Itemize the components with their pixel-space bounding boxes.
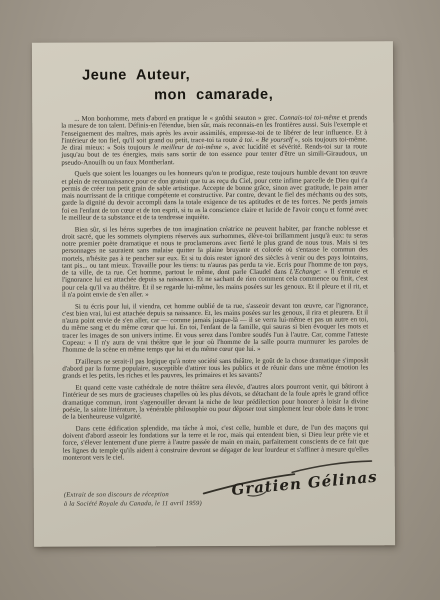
footnote-line-1: (Extrait de son discours de réception	[64, 490, 202, 500]
paragraph: Bien sûr, si les héros superbes de ton i…	[62, 225, 368, 299]
paragraph: ... Mon bonhomme, mets d'abord en pratiq…	[61, 114, 367, 166]
letter-page: Jeune Auteur, mon camarade, ... Mon bonh…	[32, 41, 395, 547]
paragraph: Et quand cette vaste cathédrale de notre…	[62, 383, 368, 421]
handwritten-signature: Gratien Gélinas	[201, 455, 377, 504]
letter-title: Jeune Auteur, mon camarade,	[61, 67, 367, 102]
footnote-line-2: à la Société Royale du Canada, le 11 avr…	[64, 499, 202, 509]
paragraph: Quels que soient les louanges ou les hon…	[61, 170, 367, 222]
signature-footnote-row: (Extrait de son discours de réception à …	[63, 465, 369, 524]
scan-background: Jeune Auteur, mon camarade, ... Mon bonh…	[0, 0, 440, 600]
title-line-1: Jeune Auteur,	[82, 67, 367, 83]
signature-text: Gratien Gélinas	[231, 467, 377, 498]
footnote: (Extrait de son discours de réception à …	[64, 490, 202, 510]
paragraph: D'ailleurs ne serait-il pas logique qu'à…	[62, 357, 368, 380]
paragraph: Si tu écris pour lui, il viendra, cet ho…	[62, 302, 368, 354]
title-line-2: mon camarade,	[154, 87, 367, 102]
letter-body: ... Mon bonhomme, mets d'abord en pratiq…	[61, 114, 369, 461]
